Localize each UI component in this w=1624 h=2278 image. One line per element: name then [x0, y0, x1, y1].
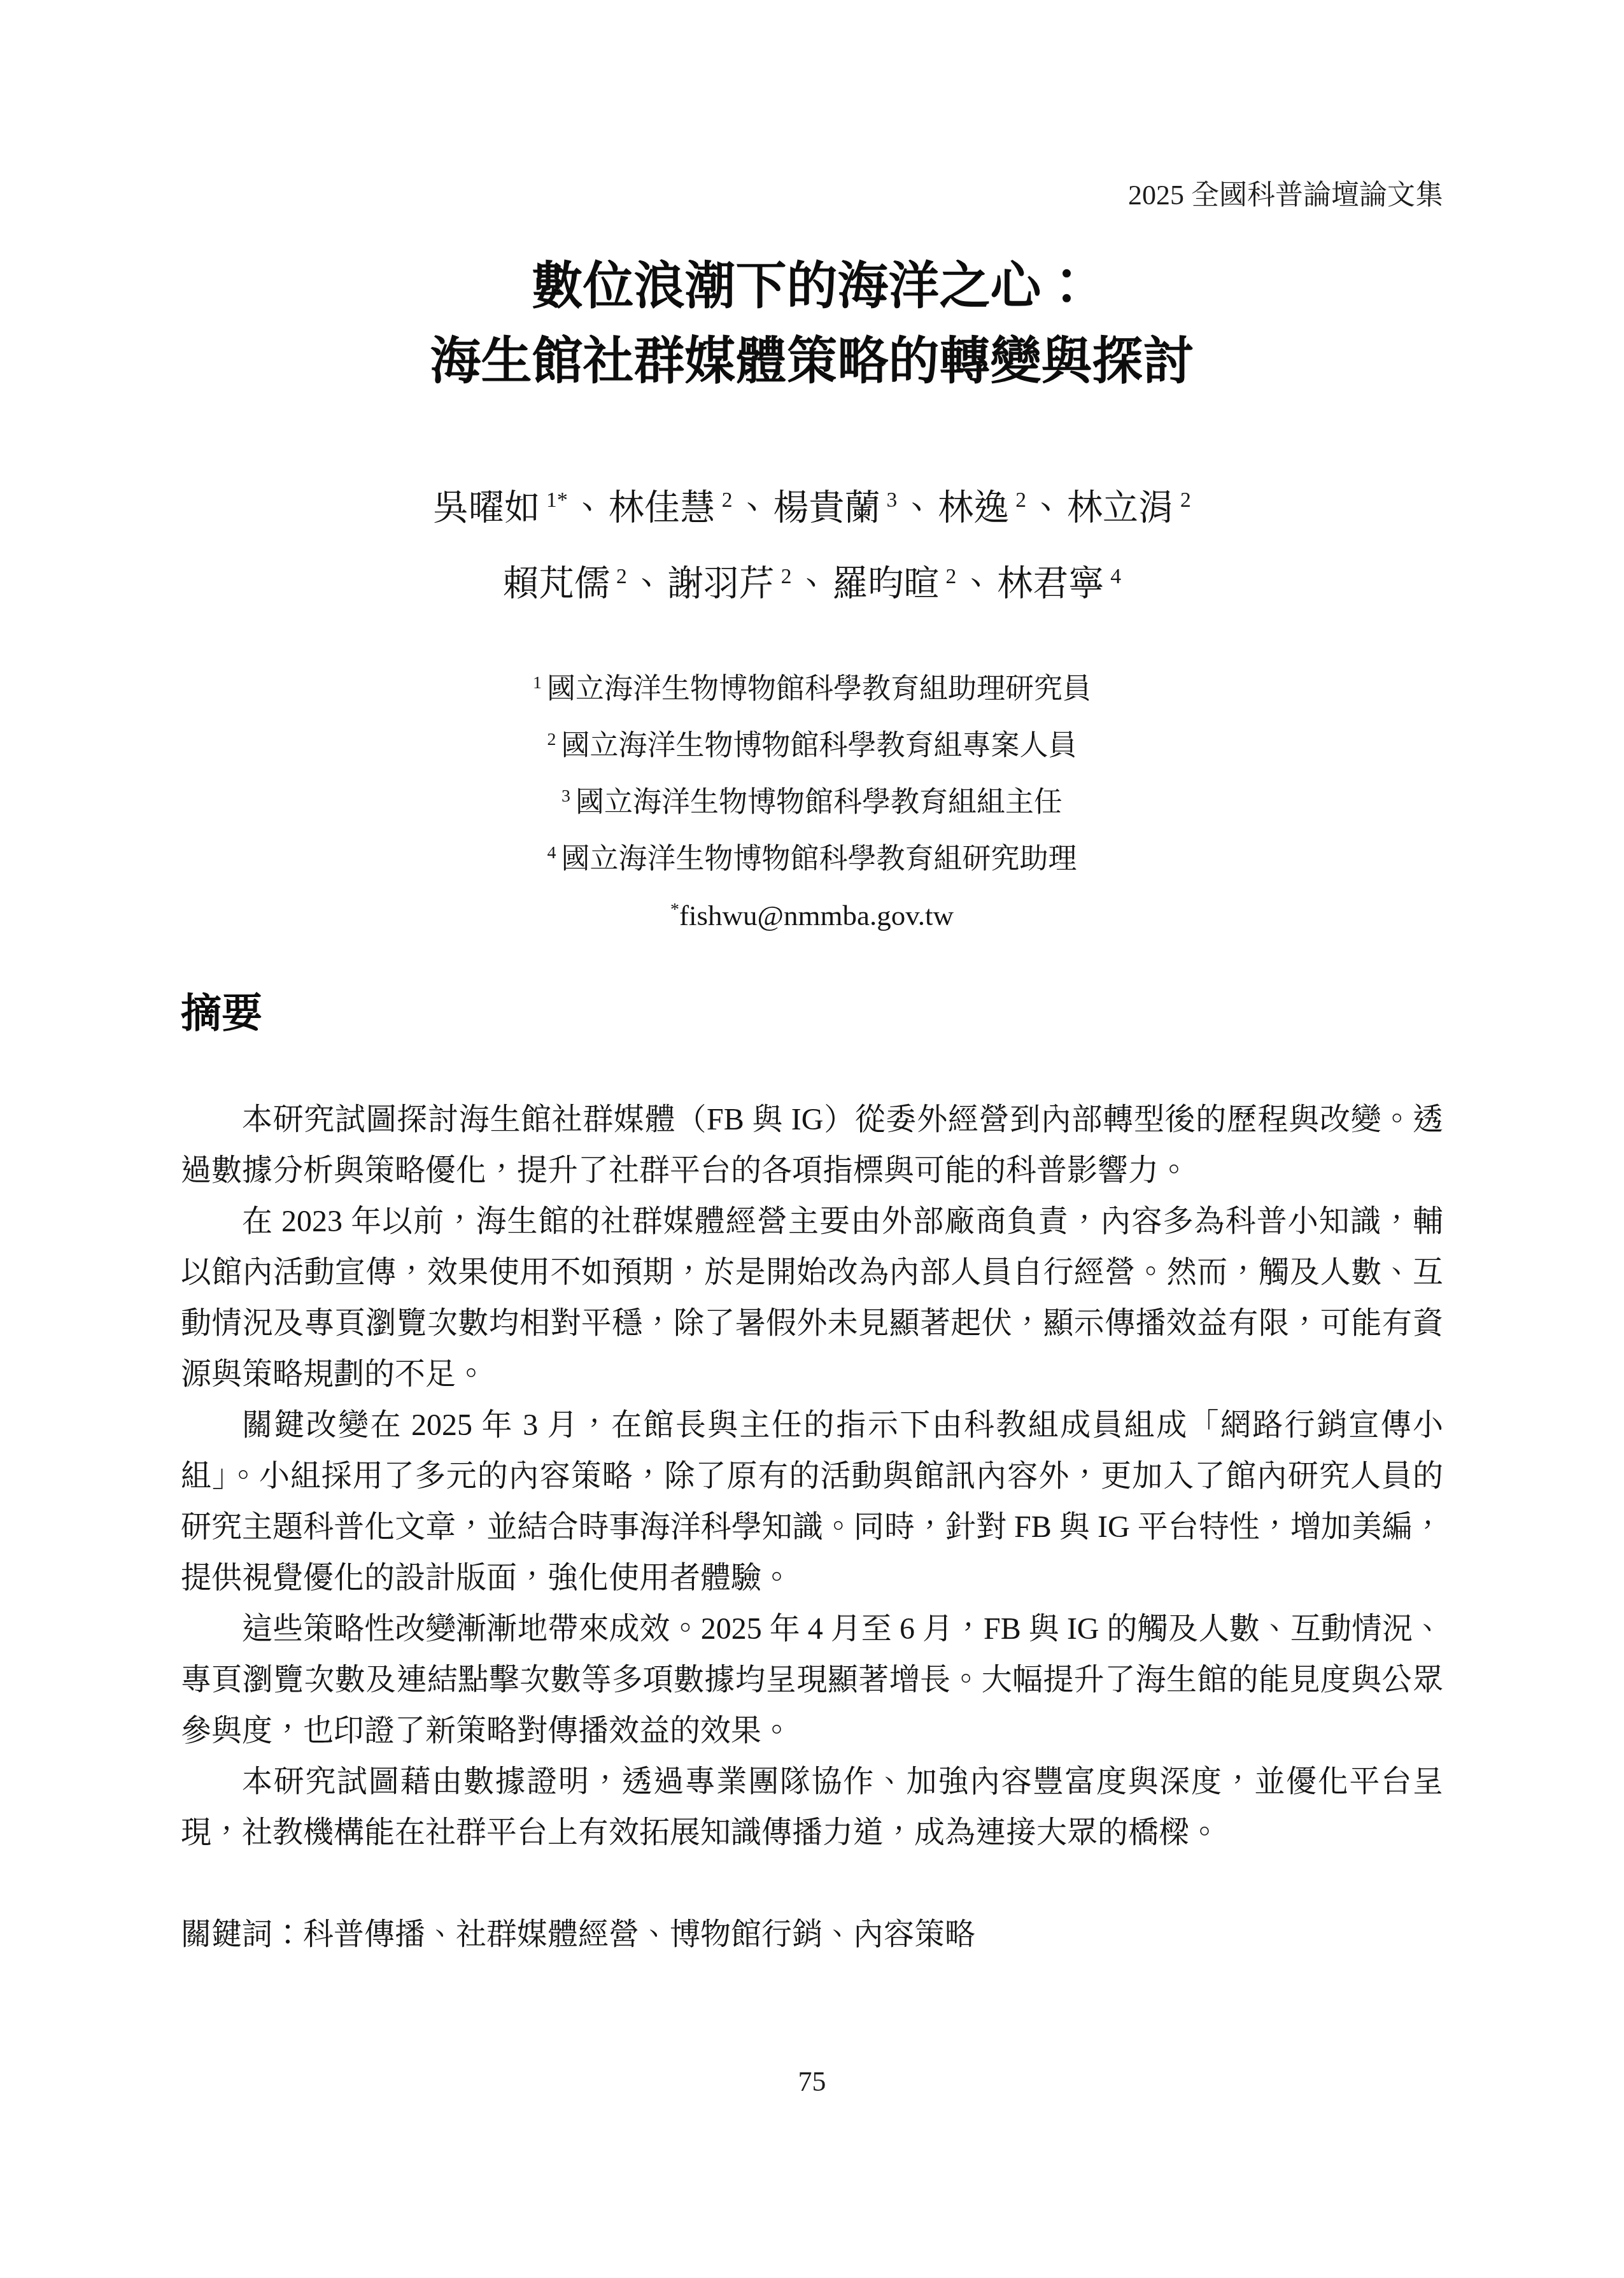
author-name: 賴芃儒2: [503, 564, 627, 604]
paper-title: 數位浪潮下的海洋之心： 海生館社群媒體策略的轉變與探討: [181, 249, 1443, 399]
author-name: 林佳慧2: [609, 488, 733, 528]
affiliation-line: 2國立海洋生物博物館科學教育組專案人員: [181, 714, 1443, 771]
author-name: 羅昀暄2: [833, 564, 957, 604]
abstract-paragraph: 在 2023 年以前，海生館的社群媒體經營主要由外部廠商負責，內容多為科普小知識…: [181, 1196, 1443, 1400]
paper-title-line1: 數位浪潮下的海洋之心：: [181, 249, 1443, 324]
author-separator: 、: [735, 488, 770, 528]
corresponding-email: *fishwu@nmmba.gov.tw: [181, 884, 1443, 941]
affiliation-marker: 3: [561, 786, 570, 806]
affiliation-text: 國立海洋生物博物館科學教育組專案人員: [561, 730, 1077, 761]
affiliation-text: 國立海洋生物博物館科學教育組研究助理: [561, 843, 1077, 875]
running-header: 2025 全國科普論壇論文集: [181, 0, 1443, 209]
affiliation-line: 4國立海洋生物博物館科學教育組研究助理: [181, 828, 1443, 884]
keywords-line: 關鍵詞：科普傳播、社群媒體經營、博物館行銷、內容策略: [181, 1909, 1443, 1960]
affiliation-marker: 1: [533, 673, 542, 693]
abstract-paragraph: 這些策略性改變漸漸地帶來成效。2025 年 4 月至 6 月，FB 與 IG 的…: [181, 1604, 1443, 1757]
document-page: 2025 全國科普論壇論文集 數位浪潮下的海洋之心： 海生館社群媒體策略的轉變與…: [0, 0, 1624, 2278]
author-name: 楊貴蘭3: [773, 488, 897, 528]
email-asterisk-marker: *: [670, 900, 679, 919]
affiliation-text: 國立海洋生物博物館科學教育組助理研究員: [547, 673, 1091, 705]
author-line-1: 吳曜如1*、林佳慧2、楊貴蘭3、林逸2、林立涓2: [181, 466, 1443, 542]
author-line-2: 賴芃儒2、謝羽芹2、羅昀暄2、林君寧4: [181, 542, 1443, 619]
author-affiliation-marker: 2: [1180, 488, 1191, 512]
author-name: 林逸2: [938, 488, 1026, 528]
author-affiliation-marker: 2: [1015, 488, 1026, 512]
author-affiliation-marker: 2: [616, 565, 627, 588]
affiliation-text: 國立海洋生物博物館科學教育組組主任: [575, 786, 1063, 818]
author-separator: 、: [570, 488, 606, 528]
affiliation-marker: 4: [547, 843, 556, 863]
author-affiliation-marker: 2: [946, 565, 957, 588]
author-name: 吳曜如1*: [433, 488, 568, 528]
author-separator: 、: [1029, 488, 1064, 528]
author-name: 謝羽芹2: [668, 564, 792, 604]
author-separator: 、: [959, 564, 994, 604]
author-name: 林立涓2: [1067, 488, 1191, 528]
abstract-paragraph: 本研究試圖藉由數據證明，透過專業團隊協作、加強內容豐富度與深度，並優化平台呈現，…: [181, 1757, 1443, 1858]
author-separator: 、: [630, 564, 665, 604]
author-affiliation-marker: 2: [781, 565, 792, 588]
affiliation-marker: 2: [547, 730, 556, 749]
author-separator: 、: [900, 488, 935, 528]
affiliation-line: 3國立海洋生物博物館科學教育組組主任: [181, 771, 1443, 828]
author-name: 林君寧4: [997, 564, 1121, 604]
email-address: fishwu@nmmba.gov.tw: [679, 900, 954, 931]
abstract-paragraph: 關鍵改變在 2025 年 3 月，在館長與主任的指示下由科教組成員組成「網路行銷…: [181, 1400, 1443, 1604]
abstract-heading: 摘要: [181, 993, 1443, 1034]
author-affiliation-marker: 4: [1110, 565, 1121, 588]
author-affiliation-marker: 3: [886, 488, 897, 512]
abstract-paragraph: 本研究試圖探討海生館社群媒體（FB 與 IG）從委外經營到內部轉型後的歷程與改變…: [181, 1094, 1443, 1196]
page-number: 75: [0, 2068, 1624, 2096]
abstract-body: 本研究試圖探討海生館社群媒體（FB 與 IG）從委外經營到內部轉型後的歷程與改變…: [181, 1094, 1443, 1858]
author-separator: 、: [794, 564, 830, 604]
author-affiliation-marker: 1*: [546, 488, 568, 512]
author-affiliation-marker: 2: [722, 488, 733, 512]
paper-title-line2: 海生館社群媒體策略的轉變與探討: [181, 324, 1443, 399]
author-list: 吳曜如1*、林佳慧2、楊貴蘭3、林逸2、林立涓2 賴芃儒2、謝羽芹2、羅昀暄2、…: [181, 466, 1443, 618]
affiliation-line: 1國立海洋生物博物館科學教育組助理研究員: [181, 658, 1443, 714]
affiliation-list: 1國立海洋生物博物館科學教育組助理研究員2國立海洋生物博物館科學教育組專案人員3…: [181, 658, 1443, 884]
